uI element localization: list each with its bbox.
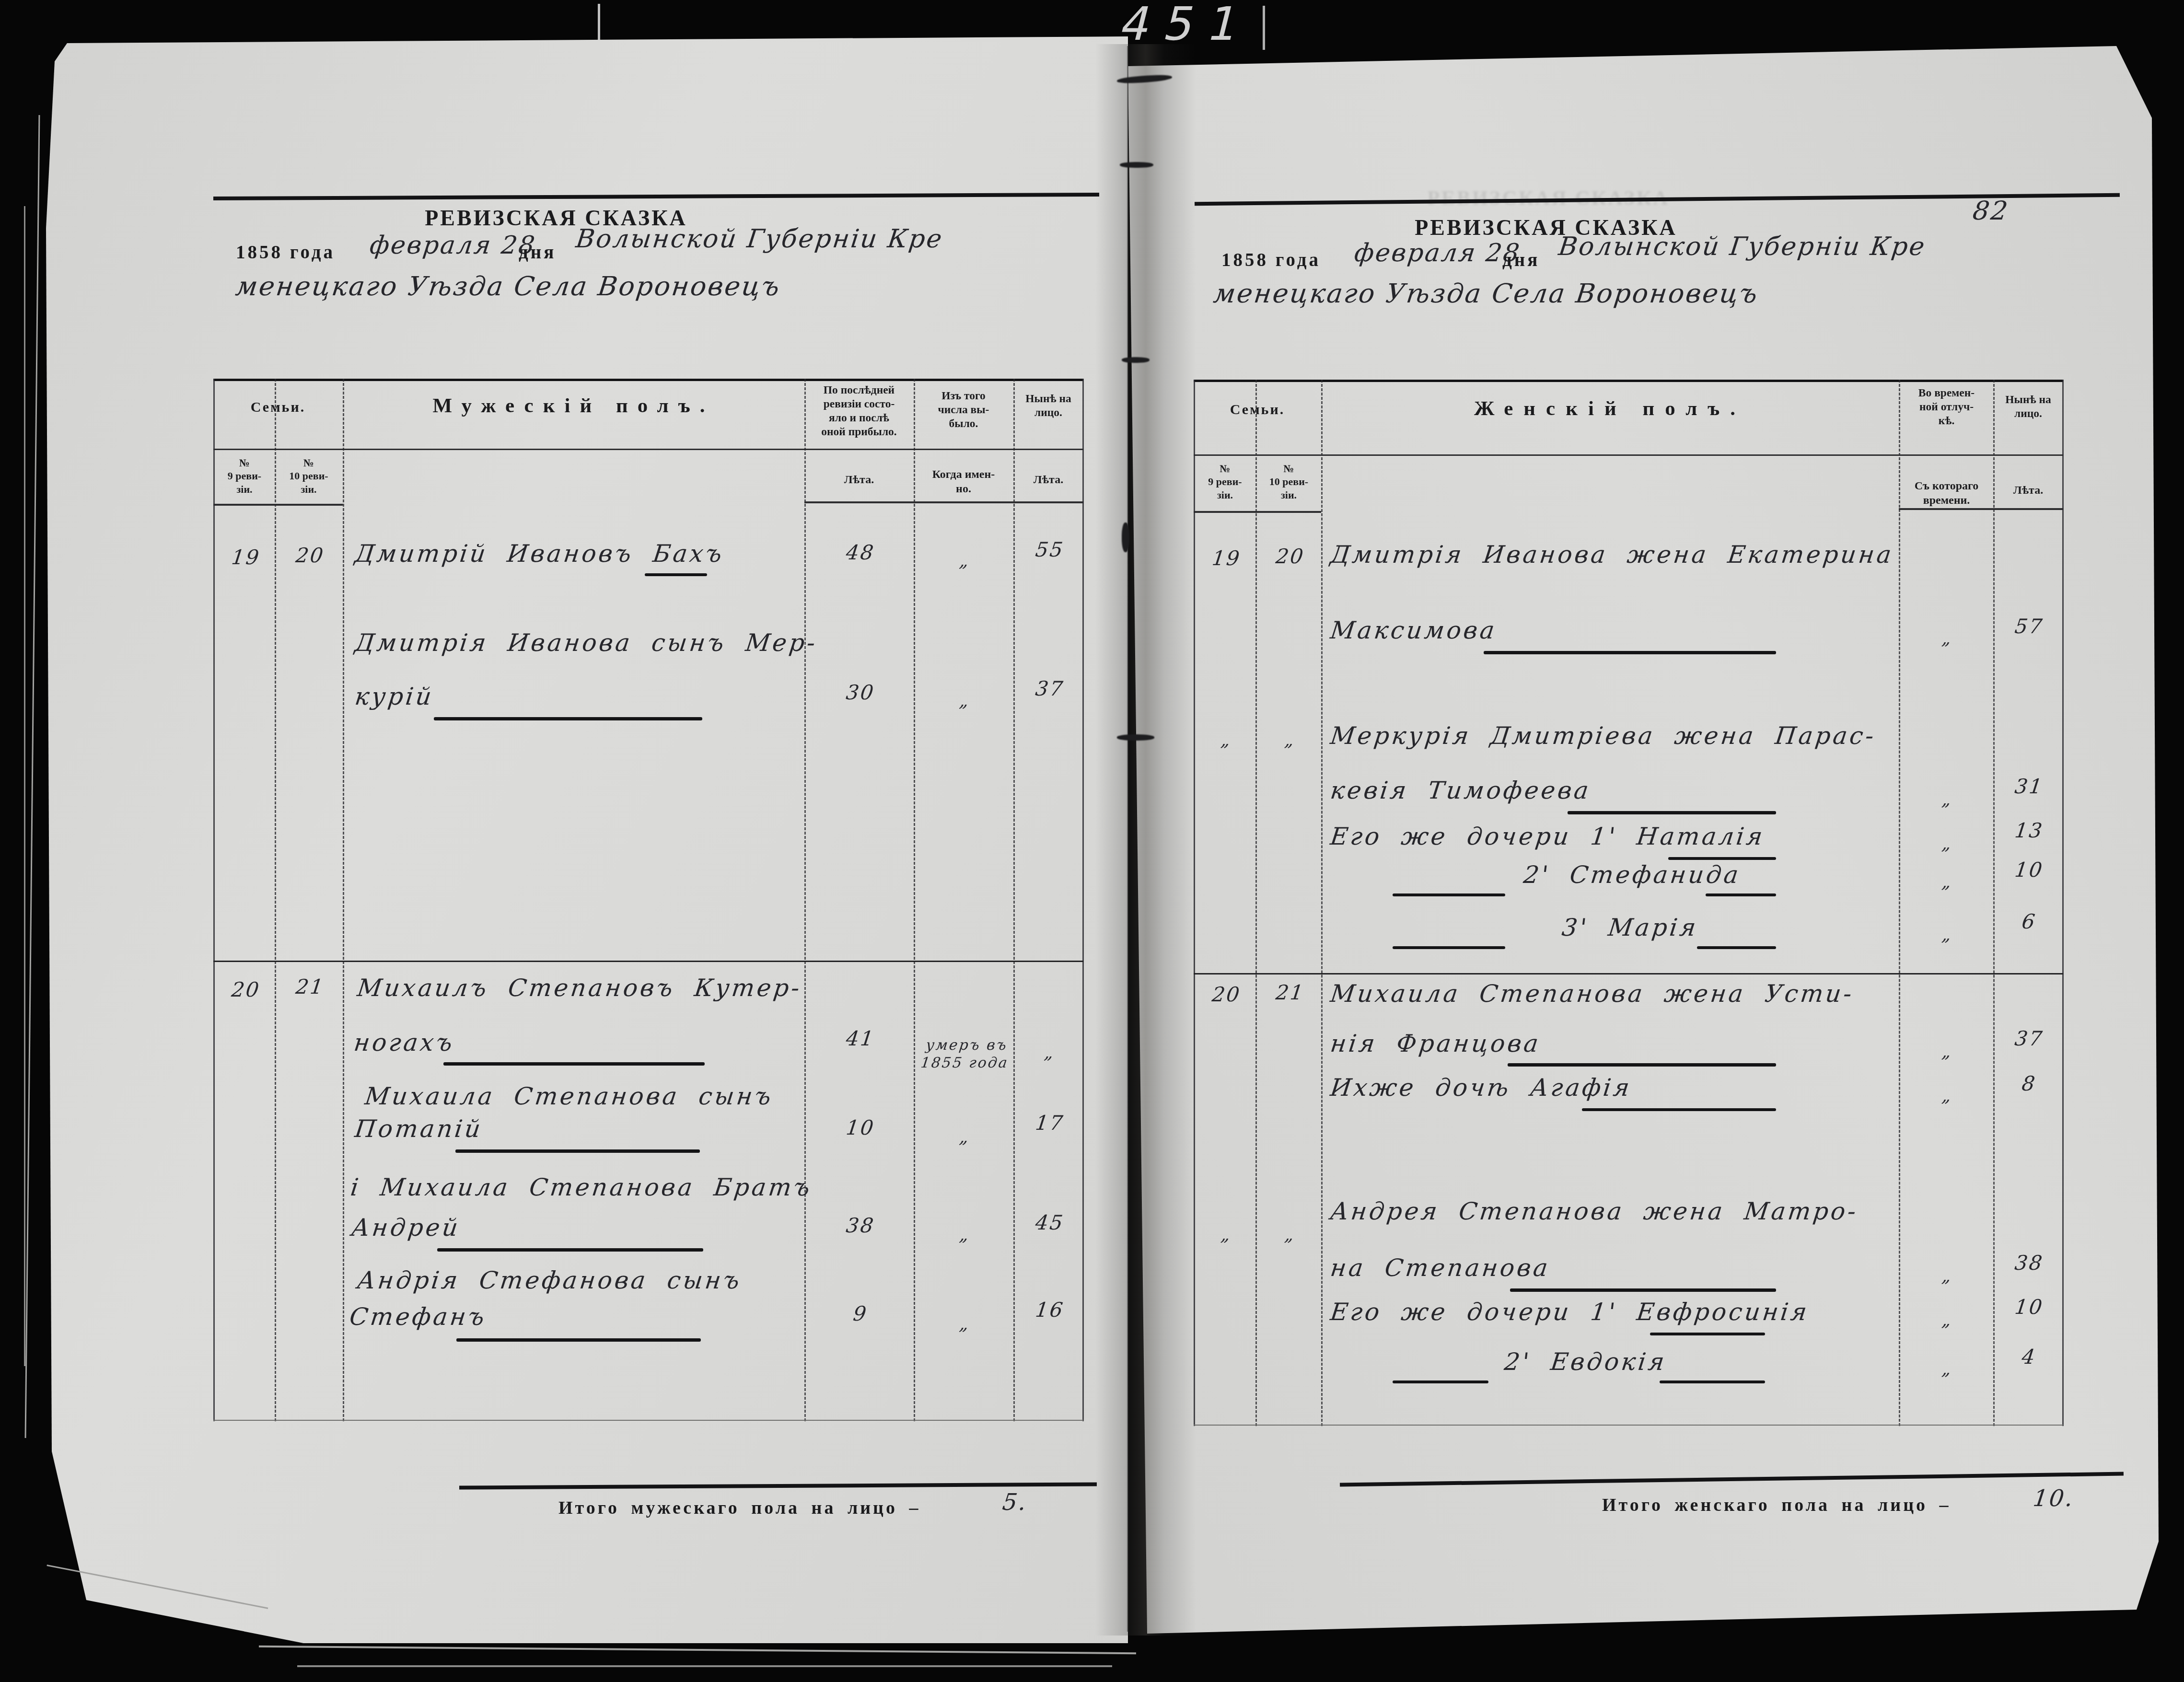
absence-ditto: „: [1899, 1042, 1996, 1062]
left-total-value: 5.: [1001, 1489, 1029, 1516]
left-table-subheader-underline: [213, 504, 343, 506]
absence-ditto: „: [1899, 872, 1996, 892]
person-name: Его же дочери 1' Наталія: [1329, 823, 1766, 850]
age-now: 17: [1013, 1111, 1086, 1135]
age-last-revision: 10: [804, 1116, 917, 1139]
absence-ditto: „: [1899, 1086, 1996, 1106]
person-name: Дмитрія Иванова сынъ Мер-: [353, 629, 819, 657]
left-table-border-left: [213, 379, 215, 1421]
sheet-edge: [25, 115, 40, 1438]
left-total-label: Итого мужескаго пола на лицо –: [558, 1497, 921, 1519]
right-col-line: [1899, 380, 1900, 1426]
family-number-ditto: „: [1195, 731, 1258, 750]
person-name: Дмитрія Иванова жена Екатерина: [1329, 541, 1895, 568]
left-col-line: [914, 379, 915, 1421]
binding-mark: [1122, 357, 1150, 363]
person-name: Андрея Степанова жена Матро-: [1329, 1197, 1860, 1225]
family-number-ditto: „: [1256, 731, 1324, 750]
entry-lead-underline: [1393, 946, 1505, 949]
entry-underline: [1697, 946, 1776, 949]
age-now: 8: [1993, 1072, 2065, 1095]
person-name: Михаила Степанова жена Усти-: [1329, 980, 1856, 1008]
age-last-revision: 9: [804, 1302, 917, 1325]
age-now: 16: [1013, 1298, 1086, 1322]
entry-underline: [1582, 1108, 1776, 1111]
right-subheader-rev9: № 9 реви- зіи.: [1195, 462, 1255, 501]
right-table-top-border: [1194, 380, 2063, 382]
family-number-9th: 20: [214, 978, 278, 1001]
left-header-departed: Изъ того числа вы- было.: [915, 389, 1012, 431]
right-subheader-years: Лѣта.: [1994, 484, 2062, 497]
entry-underline: [1650, 1333, 1765, 1335]
family-number-10th: 21: [1256, 981, 1324, 1004]
left-date-printed-2: дня: [519, 242, 556, 263]
age-now: 10: [1993, 858, 2065, 882]
departed-note: умеръ въ 1855 года: [914, 1036, 1018, 1072]
right-table-subheader-underline: [1194, 511, 1321, 513]
left-family-divider: [213, 961, 1083, 962]
person-name: 3' Марія: [1560, 914, 1700, 941]
person-name-continued: Андрей: [350, 1214, 462, 1241]
person-name: Андрія Стефанова сынъ: [356, 1266, 743, 1294]
binding-mark: [1122, 522, 1129, 552]
absence-ditto: „: [1899, 1311, 1996, 1330]
entry-underline: [434, 717, 702, 720]
entry-underline: [1706, 893, 1776, 896]
left-date-hw-2: Волынской Губерніи Кре: [574, 224, 945, 254]
entry-underline: [1668, 857, 1776, 860]
age-now: 57: [1993, 615, 2065, 638]
age-now: 37: [1013, 677, 1086, 700]
left-header-family: Семьи.: [213, 399, 343, 416]
age-now: 45: [1013, 1211, 1086, 1234]
left-date-hw-line2: менецкаго Уѣзда Села Вороновецъ: [234, 271, 782, 302]
person-name-continued: Потапій: [353, 1115, 484, 1143]
absence-ditto: „: [1899, 1359, 1996, 1379]
absence-ditto: „: [1899, 925, 1996, 945]
entry-underline: [1484, 651, 1776, 654]
left-col-line: [343, 379, 344, 1421]
left-table-bottom-line: [213, 1420, 1083, 1421]
age-last-revision: 38: [804, 1214, 917, 1237]
left-subheader-when: Когда имен- но.: [915, 468, 1012, 497]
right-header-present: Нынѣ на лицо.: [1994, 393, 2062, 421]
binding-shadow: [1095, 44, 1196, 1636]
right-total-label: Итого женскаго пола на лицо –: [1602, 1495, 1951, 1516]
departed-ditto: „: [914, 551, 1016, 571]
person-name: 2' Евдокія: [1503, 1348, 1668, 1376]
family-number-10th: 20: [1256, 545, 1324, 568]
sheet-edge: [259, 1646, 1136, 1654]
departed-ditto: „: [914, 1127, 1016, 1147]
left-table-border-right: [1082, 379, 1084, 1421]
entry-lead-underline: [1393, 1380, 1488, 1383]
binding-mark: [1120, 162, 1153, 168]
entry-underline: [1660, 1380, 1765, 1383]
person-name: Михаила Степанова сынъ: [363, 1082, 775, 1110]
right-header-female-sex: Женскій полъ.: [1321, 397, 1899, 420]
right-date-hw-2: Волынской Губерніи Кре: [1557, 232, 1928, 261]
entry-underline: [645, 573, 707, 576]
right-subheader-since: Съ котораго времени.: [1900, 479, 1993, 508]
person-name: Ихже дочѣ Агафія: [1329, 1074, 1633, 1102]
person-name-continued: Максимова: [1329, 616, 1499, 644]
family-number-ditto: „: [1195, 1225, 1258, 1245]
right-date-hw-line2: менецкаго Уѣзда Села Вороновецъ: [1212, 278, 1760, 309]
absence-ditto: „: [1899, 834, 1996, 854]
left-col-line: [804, 379, 806, 1421]
age-now: 6: [1993, 910, 2065, 933]
person-name: Его же дочери 1' Евфросинія: [1329, 1298, 1811, 1326]
left-header-last-revision: По послѣдней ревизіи состо- яло и послѣ …: [805, 383, 913, 440]
family-number-9th: 19: [1195, 546, 1258, 570]
left-subheader-rev10: № 10 реви- зіи.: [276, 456, 342, 496]
family-number-9th: 19: [214, 545, 278, 569]
age-now: 55: [1013, 538, 1086, 561]
left-date-printed-1: 1858 года: [236, 242, 335, 263]
right-subheader-rev10: № 10 реви- зіи.: [1256, 462, 1321, 501]
age-now-ditto: „: [1013, 1043, 1086, 1063]
left-col-line: [1013, 379, 1015, 1421]
family-number-9th: 20: [1195, 983, 1258, 1006]
film-tick: [1263, 6, 1265, 50]
left-date-hw-1: февраля 28: [368, 231, 538, 260]
person-name: і Михаила Степанова Братъ: [349, 1173, 814, 1201]
left-subheader-years-last: Лѣта.: [805, 474, 913, 487]
entry-lead-underline: [1393, 893, 1505, 896]
age-now: 13: [1993, 819, 2065, 842]
age-now: 38: [1993, 1251, 2065, 1275]
entry-underline: [443, 1062, 705, 1066]
absence-ditto: „: [1899, 1266, 1996, 1286]
right-header-absence: Во времен- ной отлуч- кѣ.: [1900, 386, 1993, 428]
family-number-10th: 21: [276, 975, 345, 998]
age-now: 31: [1993, 775, 2065, 798]
age-last-revision: 48: [804, 541, 917, 564]
person-name-continued: Стефанъ: [348, 1303, 488, 1331]
right-date-printed-2: дня: [1502, 249, 1540, 271]
person-name: Меркурія Дмитріева жена Парас-: [1329, 722, 1878, 750]
entry-underline: [455, 1149, 700, 1153]
entry-underline: [1510, 1288, 1776, 1292]
right-header-family: Семьи.: [1194, 402, 1321, 418]
microfilm-scan: 451 РЕВИЗСКАЯ СКАЗКА 1858 года февраля 2…: [0, 0, 2184, 1682]
family-number-ditto: „: [1256, 1225, 1324, 1245]
left-subheader-years-now: Лѣта.: [1014, 474, 1082, 487]
age-now: 10: [1993, 1295, 2065, 1319]
right-page-number: 82: [1971, 196, 2010, 226]
age-now: 37: [1993, 1027, 2065, 1050]
entry-underline: [437, 1248, 703, 1252]
sheet-edge: [24, 206, 25, 1366]
right-col-line: [1255, 380, 1257, 1426]
person-name: Михаилъ Степановъ Кутер-: [356, 974, 803, 1002]
person-name-continued: ногахъ: [352, 1029, 456, 1056]
person-name: 2' Стефанида: [1522, 861, 1742, 889]
departed-ditto: „: [914, 691, 1016, 711]
right-date-printed-1: 1858 года: [1221, 249, 1321, 271]
age-last-revision: 30: [804, 681, 917, 704]
right-col-line: [1321, 380, 1323, 1426]
binding-mark: [1117, 734, 1154, 741]
age-last-revision: 41: [804, 1027, 917, 1050]
absence-ditto: „: [1899, 629, 1996, 649]
binding-crease: [1127, 46, 1128, 1632]
right-total-value: 10.: [2032, 1485, 2076, 1512]
entry-underline: [1508, 1063, 1776, 1067]
sheet-edge: [297, 1665, 1112, 1667]
family-number-10th: 20: [276, 544, 345, 567]
left-header-present: Нынѣ на лицо.: [1014, 392, 1082, 420]
person-name: Дмитрій Ивановъ Бахъ: [353, 540, 726, 568]
person-name-continued: на Степанова: [1329, 1254, 1552, 1282]
entry-underline: [1568, 811, 1776, 814]
right-date-hw-1: февраля 28: [1353, 239, 1522, 267]
left-table-subheader-underline: [804, 501, 1083, 503]
person-name-continued: курій: [353, 683, 435, 710]
departed-ditto: „: [914, 1225, 1016, 1245]
right-table-header-divider: [1194, 454, 2063, 456]
left-subheader-rev9: № 9 реви- зіи.: [214, 456, 275, 496]
right-table-border-left: [1194, 380, 1195, 1426]
absence-ditto: „: [1899, 790, 1996, 810]
left-col-line: [275, 379, 276, 1421]
right-table-bottom-line: [1194, 1425, 2063, 1426]
person-name-continued: нія Францова: [1329, 1030, 1542, 1057]
age-now: 4: [1993, 1345, 2065, 1369]
entry-underline: [456, 1338, 701, 1342]
left-header-male-sex: Мужескій полъ.: [343, 394, 804, 418]
right-table-subheader-underline: [1899, 508, 2063, 510]
person-name-continued: кевія Тимофеева: [1329, 777, 1592, 804]
right-ghost-title: РЕВИЗСКАЯ СКАЗКА: [1409, 187, 1687, 210]
right-family-divider: [1194, 973, 2063, 974]
departed-ditto: „: [914, 1314, 1016, 1334]
film-frame-number: 451: [1115, 0, 1259, 51]
